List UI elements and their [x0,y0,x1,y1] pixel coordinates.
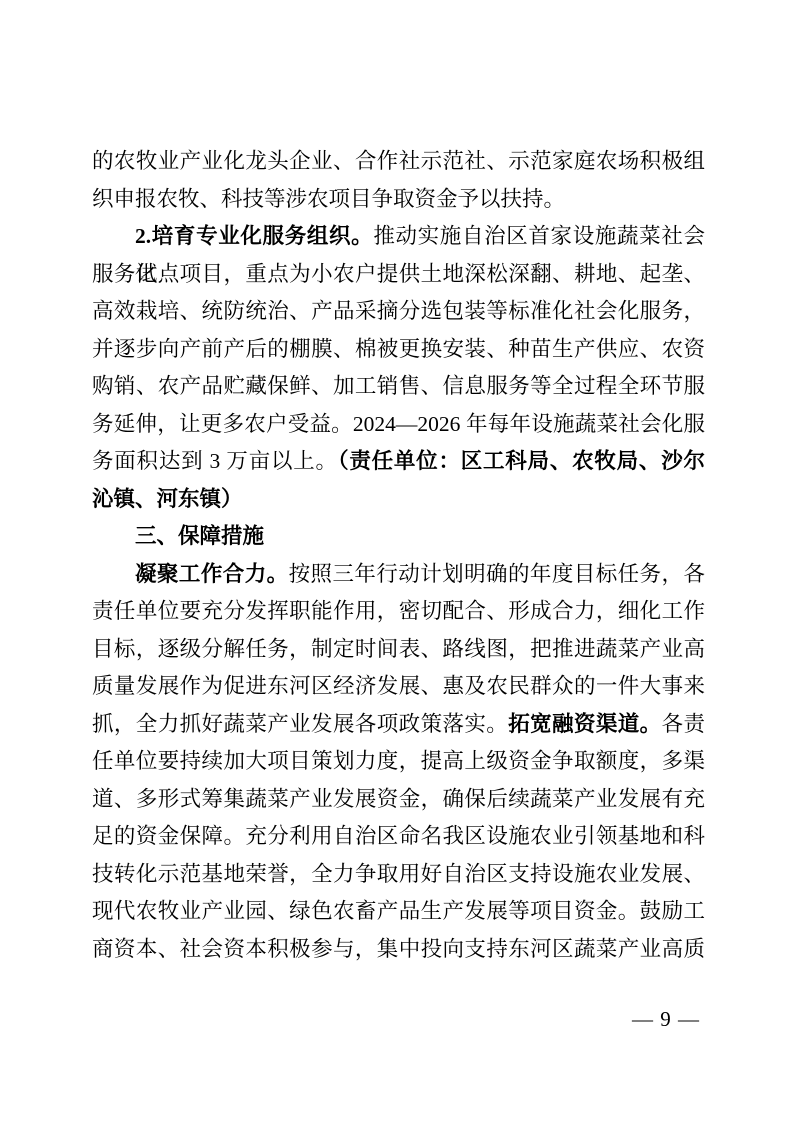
text-line: 道、多形式筹集蔬菜产业发展资金，确保后续蔬菜产业发展有充 [92,781,705,819]
text-segment: 质量发展作为促进东河区经济发展、惠及农民群众的一件大事来 [92,674,705,698]
text-segment: 拓宽融资渠道。 [508,712,661,736]
text-segment: 2.培育专业化服务组织。 [135,224,373,248]
text-line: 任单位要持续加大项目策划力度，提高上级资金争取额度，多渠 [92,743,705,781]
text-line: 足的资金保障。充分利用自治区命名我区设施农业引领基地和科 [92,818,705,856]
text-segment: 按照三年行动计划明确的年度目标任务，各 [289,562,705,586]
text-line: 服务试点项目，重点为小农户提供土地深松深翻、耕地、起垄、 [92,256,705,294]
page-number: — 9 — [632,1004,700,1034]
text-segment: 沁镇、河东镇） [92,487,243,511]
text-line: 并逐步向产前产后的棚膜、棉被更换安装、种苗生产供应、农资 [92,331,705,369]
text-segment: 商资本、社会资本积极参与，集中投向支持东河区蔬菜产业高质 [92,937,705,961]
text-line: 购销、农产品贮藏保鲜、加工销售、信息服务等全过程全环节服 [92,368,705,406]
text-segment: 目标，逐级分解任务，制定时间表、路线图，把推进蔬菜产业高 [92,637,705,661]
text-segment: 责任单位要充分发挥职能作用，密切配合、形成合力，细化工作 [92,599,705,623]
text-segment: 三、保障措施 [135,524,264,548]
text-line: 商资本、社会资本积极参与，集中投向支持东河区蔬菜产业高质 [92,931,705,969]
text-segment: 现代农牧业产业园、绿色农畜产品生产发展等项目资金。鼓励工 [92,899,705,923]
text-line: 织申报农牧、科技等涉农项目争取资金予以扶持。 [92,181,705,219]
document-body: 的农牧业产业化龙头企业、合作社示范社、示范家庭农场积极组织申报农牧、科技等涉农项… [92,143,705,968]
text-segment: 务延伸，让更多农户受益。2024—2026 年每年设施蔬菜社会化服 [92,412,705,436]
section-heading: 三、保障措施 [92,518,705,556]
text-segment: 织申报农牧、科技等涉农项目争取资金予以扶持。 [92,187,565,211]
text-segment: 技转化示范基地荣誉，全力争取用好自治区支持设施农业发展、 [92,862,705,886]
document-page: 的农牧业产业化龙头企业、合作社示范社、示范家庭农场积极组织申报农牧、科技等涉农项… [0,0,794,1123]
text-segment: 任单位要持续加大项目策划力度，提高上级资金争取额度，多渠 [92,749,705,773]
text-segment: 购销、农产品贮藏保鲜、加工销售、信息服务等全过程全环节服 [92,374,705,398]
text-segment: （责任单位：区工科局、农牧局、沙尔 [338,449,705,473]
text-segment: 务面积达到 3 万亩以上。 [92,449,338,473]
text-line: 的农牧业产业化龙头企业、合作社示范社、示范家庭农场积极组 [92,143,705,181]
text-segment: 抓，全力抓好蔬菜产业发展各项政策落实。 [92,712,508,736]
text-segment: 的农牧业产业化龙头企业、合作社示范社、示范家庭农场积极组 [92,149,705,173]
text-segment: 服务试点项目，重点为小农户提供土地深松深翻、耕地、起垄、 [92,262,705,286]
text-line: 2.培育专业化服务组织。推动实施自治区首家设施蔬菜社会化 [92,218,705,256]
text-segment: 各责 [662,712,705,736]
text-segment: 道、多形式筹集蔬菜产业发展资金，确保后续蔬菜产业发展有充 [92,787,705,811]
text-line: 务面积达到 3 万亩以上。（责任单位：区工科局、农牧局、沙尔 [92,443,705,481]
text-line: 责任单位要充分发挥职能作用，密切配合、形成合力，细化工作 [92,593,705,631]
text-line: 沁镇、河东镇） [92,481,705,519]
text-segment: 凝聚工作合力。 [135,562,289,586]
text-line: 质量发展作为促进东河区经济发展、惠及农民群众的一件大事来 [92,668,705,706]
text-segment: 足的资金保障。充分利用自治区命名我区设施农业引领基地和科 [92,824,705,848]
text-segment: 高效栽培、统防统治、产品采摘分选包装等标准化社会化服务， [92,299,705,323]
text-line: 现代农牧业产业园、绿色农畜产品生产发展等项目资金。鼓励工 [92,893,705,931]
text-line: 凝聚工作合力。按照三年行动计划明确的年度目标任务，各 [92,556,705,594]
text-line: 目标，逐级分解任务，制定时间表、路线图，把推进蔬菜产业高 [92,631,705,669]
text-line: 高效栽培、统防统治、产品采摘分选包装等标准化社会化服务， [92,293,705,331]
text-line: 务延伸，让更多农户受益。2024—2026 年每年设施蔬菜社会化服 [92,406,705,444]
text-line: 技转化示范基地荣誉，全力争取用好自治区支持设施农业发展、 [92,856,705,894]
text-line: 抓，全力抓好蔬菜产业发展各项政策落实。拓宽融资渠道。各责 [92,706,705,744]
text-segment: 并逐步向产前产后的棚膜、棉被更换安装、种苗生产供应、农资 [92,337,705,361]
